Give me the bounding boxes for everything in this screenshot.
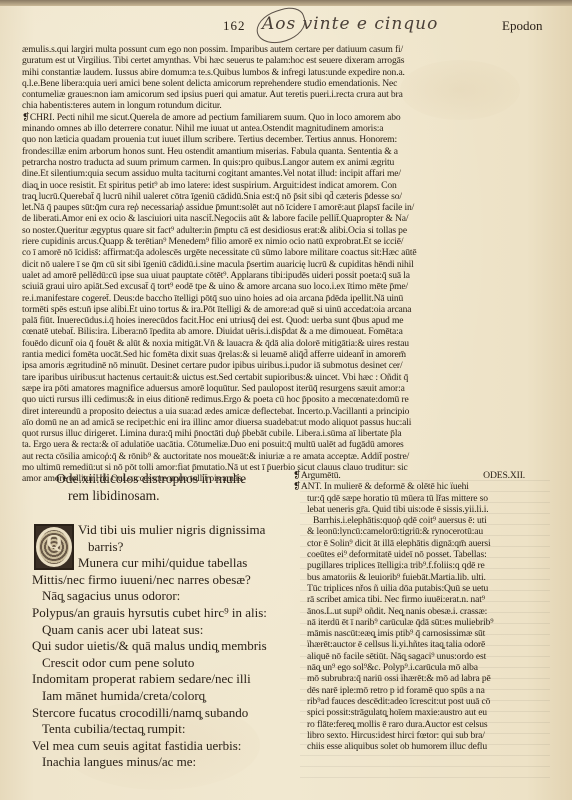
commentary-line: pugillares triplices ītelligi:a trib⁹.f.… (293, 560, 555, 571)
commentary-line: sciuiā graui uiro apiāt.Sed excusat̄ q̄ … (22, 281, 550, 292)
initial-letter: Q (39, 534, 69, 551)
commentary-line: rantia medici fomēta uocāt.Sed hic fomēt… (22, 349, 550, 360)
initial-ornament: Q (36, 527, 72, 567)
decorated-initial-icon: Q (34, 524, 74, 570)
verse-line: Nāq̧ sagacius unus odoror: (32, 588, 272, 605)
commentary-line: quo uicti rursus illi cedimus:& in eius … (22, 394, 550, 405)
ode-title: Ode.xii.dicolos distrophos in mulie rem … (56, 470, 272, 504)
ode-commentary-column: ❡Argumētū. ODES.XII. ❡ANT. In mulierē & … (293, 470, 555, 752)
verse-line: Crescit odor cum pene soluto (32, 655, 272, 672)
ode-title-line: Ode.xii.dicolos distrophos in mulie (56, 471, 246, 486)
commentary-line: lebat ueneris gr̄a. Quid tibi uis:ode ē … (293, 504, 555, 515)
commentary-line: de liberati.Amor eni ex ocio & lasciuior… (22, 213, 550, 224)
folio-number: 162 (223, 18, 246, 34)
commentary-line: chiis esse aliquibus solet ob humorem il… (293, 741, 555, 752)
commentary-line: spici possit:strāgulatq̧ hoīem maxie:aus… (293, 707, 555, 718)
commentary-line: tormēti spēs est:un̄ ipse alibi.Et uino … (22, 304, 550, 315)
commentary-line: fouēdo dicunt̄ oia q̄ fouēt & alūt & nox… (22, 338, 550, 349)
commentary-line: aut recta cōsilia amicoῤ:q̄ & rōnib⁹ & a… (22, 451, 550, 462)
ode-heading: ODES.XII. (483, 470, 525, 481)
verse-line: Mittis/nec firmo iuueni/nec narres obesæ… (32, 572, 272, 589)
verse-line: Iam mānet humida/creta/colorq̧ (32, 688, 272, 705)
commentary-line: chia habentis:teres autem in longum rotu… (22, 100, 550, 111)
verse-line: Polypus/an grauis hyrsutis cubet hirc⁹ i… (32, 605, 272, 622)
commentary-line: nāq̧ un⁹ ego sol⁹&c. Polyp⁹.i.carūcula m… (293, 662, 555, 673)
commentary-line: petrarcha nostro traducta ad suum primum… (22, 157, 550, 168)
commentary-line: minando omnes ab illo deterrere conatur.… (22, 123, 550, 134)
commentary-line: co ī amorē nō īcidiss̄: affirmat:q̄a ado… (22, 247, 550, 258)
verse-line: Qui sudor uietis/& quā malus undiq̧ memb… (32, 638, 272, 655)
verse-line: Inachia langues minus/ac me: (32, 754, 272, 771)
verse-line: Vel mea cum seuis agitat fastidia uerbis… (32, 738, 272, 755)
commentary-line: ualet ad amorē pellēdū:cū ipse sua uiuat… (22, 270, 550, 281)
verse-line: Indomitam properat rabiem sedare/nec ill… (32, 671, 272, 688)
commentary-line: & leonū:lyncū:camelorū:tigriū:& rynocero… (293, 526, 555, 537)
commentary-line: riere cupidinis arcus.Quapp & terētian⁹ … (22, 236, 550, 247)
handwritten-annotation: Aos vinte e cinquo (262, 14, 438, 34)
commentary-line: Tūc triplices nřos ñ uilia dōa putabis:Q… (293, 583, 555, 594)
ode-column: Ode.xii.dicolos distrophos in mulie rem … (32, 470, 272, 771)
commentary-line: palā fiūt. Inuerecūdus.i.q̄ hoies inerec… (22, 315, 550, 326)
poem-text: Q Vid tibi uis mulier nigris dignissima … (32, 522, 272, 771)
commentary-line: sæpe ira pōti amatores magnifice aduersu… (22, 383, 550, 394)
commentary-line: mō subrubra:q̄ nariū ossi ïhærēt:& mō ad… (293, 673, 555, 684)
page-top-edge (0, 0, 572, 6)
commentary-line: diaq̧ in uoce resistit. Et spiritus peti… (22, 180, 550, 191)
commentary-line: so noster.Queritur ægyptus quare sit fac… (22, 225, 550, 236)
commentary-line: dēs narē iple:mō retro p id foramē quo s… (293, 685, 555, 696)
commentary-line: ❡CHRI. Pecti nihil me sicut.Querela de a… (22, 112, 550, 123)
commentary-line: dine.Et silentium:quia secum assiduo mul… (22, 168, 550, 179)
ode-title-line: rem libidinosam. (68, 487, 272, 504)
book-page: 162 Aos vinte e cinquo Epodon æmulis.s.q… (0, 0, 572, 800)
commentary-line: ctor ē Solin⁹ dicit āt illā elephātis di… (293, 538, 555, 549)
commentary-line: ipsa amoris ægritudinē nō minuūt. Desine… (22, 360, 550, 371)
commentary-block: æmulis.s.qui largiri multa possunt cum e… (22, 44, 550, 485)
commentary-line: rib⁹ad fauces descēdit:adeo īcrescit:ut … (293, 696, 555, 707)
commentary-line: contumeliæ graues:non iam amicorum sed i… (22, 89, 550, 100)
commentary-line: bus amatoriis & leuiorib⁹ fuiebāt.Martia… (293, 572, 555, 583)
commentary-line: coeūtes ei⁹ deformitatē uideī nō posset.… (293, 549, 555, 560)
commentary-line: ro flāte:fereq̧ mollis ē raro dura.Aucto… (293, 719, 555, 730)
commentary-line: mihi constantiæ laudem. Iussus abire dom… (22, 67, 550, 78)
commentary-line: aīo domū ne an ad amicā se recipet:hic e… (22, 417, 550, 428)
commentary-line: quo non læticia quadam prouenia t:ut iuu… (22, 134, 550, 145)
verse-line: Quam canis acer ubi lateat sus: (32, 622, 272, 639)
argument-heading-row: ❡Argumētū. ODES.XII. (293, 470, 555, 481)
commentary-line: ❡ANT. In mulierē & deformē & olētē hic ï… (293, 481, 555, 492)
commentary-line: æmulis.s.qui largiri multa possunt cum e… (22, 44, 550, 55)
commentary-line: diret intereundū a proposito deiectus a … (22, 406, 550, 417)
commentary-line: traq̧ lucrū.Querebat̄ q̄ lucrū nihil ual… (22, 191, 550, 202)
commentary-line: ïhærēt:auctor ē cellsus li.yi.hñtes itaq… (293, 639, 555, 650)
page-header: 162 Aos vinte e cinquo Epodon (0, 10, 572, 36)
commentary-line: libro sexto. Hircus:idest hirci fœtor: q… (293, 730, 555, 741)
commentary-line: quot rursus illuc dirigeret. Limina dura… (22, 428, 550, 439)
verse-line: Tenta cubilia/tectaq̧ rumpit: (32, 721, 272, 738)
commentary-line: rā scribet amica tibi. Nec firmo iuuēi:e… (293, 594, 555, 605)
running-head: Epodon (502, 18, 542, 34)
commentary-line: ta. Ergo uera & recta:& oī adulatiōe uac… (22, 439, 550, 450)
commentary-line: māmis nascūt:eæq̧ imis ptib⁹ q̄ carnosis… (293, 628, 555, 639)
commentary-line: guratum est ut Virgilius. Tibi certet am… (22, 55, 550, 66)
commentary-line: nā iterdū ēt ī narib⁹ carūculæ q̄dā sūt:… (293, 617, 555, 628)
verse-line: Stercore fucatus crocodilli/namq̧ suband… (32, 705, 272, 722)
commentary-line: q.l.e.Bene libera:quia ueri amici bene s… (22, 78, 550, 89)
commentary-line: cœnatē utebat̄. Bilis:ira. Libera:nō īpe… (22, 326, 550, 337)
commentary-line: Barrhis.i.elephātis:quoῤ qdē coit⁹ auers… (293, 515, 555, 526)
argument-label: ❡Argumētū. (293, 470, 341, 481)
commentary-line: let.Nā q̄ paupes sūt:q̄m cura reῤ necess… (22, 202, 550, 213)
commentary-line: ānos.L.ut supi⁹ oñdit. Neq̧ nanis obesæ.… (293, 606, 555, 617)
commentary-line: tare iparibus uiribus:ut hactenus certau… (22, 372, 550, 383)
commentary-line: re.i.manifestare cogeret̄. Deus:de bacch… (22, 293, 550, 304)
commentary-line: dicit nō ualere ī se q̄m cū sit sibi īge… (22, 259, 550, 270)
commentary-line: frondes:illæ enim arborum honos sunt. He… (22, 146, 550, 157)
commentary-line: tur:q̄ qdē sæpe horatio tū mūera tū lřas… (293, 493, 555, 504)
commentary-line: aliquē nō facile sētiūt. Nāq̧ sagaci⁹ un… (293, 651, 555, 662)
